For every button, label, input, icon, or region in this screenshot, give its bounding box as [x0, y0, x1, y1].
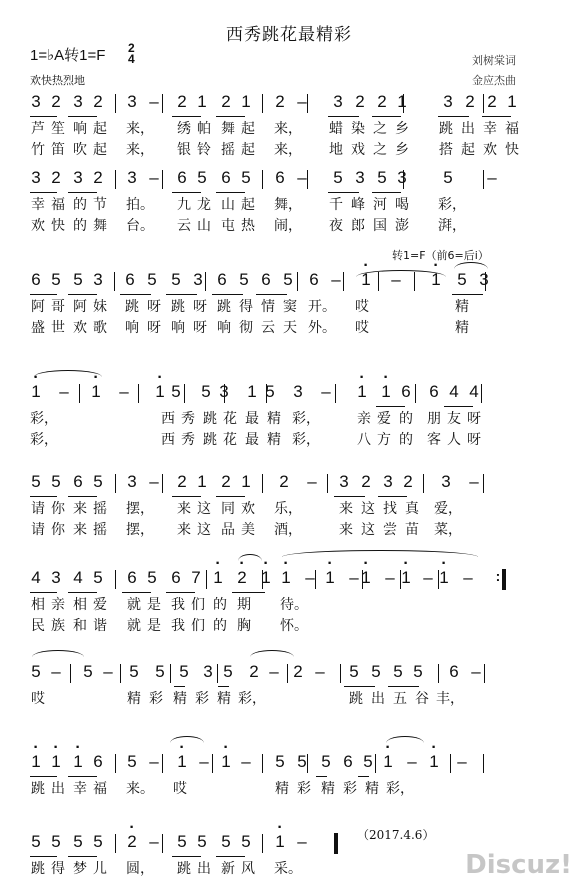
- lyric-syllable: 欢: [482, 139, 498, 159]
- lyric-syllable: 欢: [30, 215, 46, 235]
- lyric-syllable: 福: [504, 118, 520, 138]
- lyric-syllable: 五: [392, 688, 408, 708]
- lyric-syllable: 来: [72, 498, 88, 518]
- barline: [224, 384, 225, 403]
- lyric-syllable: 的: [212, 615, 228, 635]
- lyrics-verse-1: 芦笙响起来，绣帕舞起来，蜡染之乡跳出幸福: [30, 118, 550, 136]
- final-barline: [502, 569, 506, 590]
- lyric-syllable: 阿: [30, 296, 46, 316]
- lyric-syllable: 请: [30, 498, 46, 518]
- lyric-syllable: 山: [220, 194, 236, 214]
- lyrics-verse-1: 相亲相爱就是我们的期待。: [30, 594, 550, 612]
- eighth-underline: [376, 406, 405, 407]
- note: 4: [468, 382, 480, 402]
- eighth-underline: [438, 116, 469, 117]
- lyric-syllable: 搭: [438, 139, 454, 159]
- note: 3: [382, 472, 394, 492]
- note: 5: [146, 270, 158, 290]
- note: 2: [376, 92, 388, 112]
- eighth-underline: [172, 856, 201, 857]
- lyric-syllable: 呀: [192, 296, 208, 316]
- lyric-syllable: 来，: [126, 118, 156, 138]
- notes-row: 32323–21212–32213221: [30, 92, 550, 114]
- lyric-syllable: 精: [126, 688, 142, 708]
- lyric-syllable: 的: [72, 215, 88, 235]
- barline: [450, 754, 451, 773]
- note: 3: [72, 92, 84, 112]
- lyric-syllable: 民: [30, 615, 46, 635]
- note: –: [148, 752, 160, 772]
- barline: [79, 384, 80, 403]
- note: –: [320, 382, 332, 402]
- note: 3: [396, 168, 408, 188]
- lyric-syllable: 台。: [126, 215, 156, 235]
- lyric-syllable: 亲: [356, 408, 372, 428]
- note: 5: [92, 568, 104, 588]
- note: 4: [30, 568, 42, 588]
- barline: [307, 94, 308, 113]
- notes-row: 32323–65656–53535–: [30, 168, 550, 190]
- lyric-syllable: 乡: [394, 118, 410, 138]
- barline: [205, 272, 206, 291]
- tie-slur: [32, 650, 84, 657]
- lyric-syllable: 来: [338, 498, 354, 518]
- lyric-syllable: 就: [126, 615, 142, 635]
- note: 2: [92, 92, 104, 112]
- note: 2: [176, 92, 188, 112]
- note: 3: [192, 270, 204, 290]
- lyric-syllable: 地: [328, 139, 344, 159]
- note: 5: [30, 662, 42, 682]
- barline: [138, 384, 139, 403]
- lyric-syllable: 呀: [146, 317, 162, 337]
- tie-slur: [238, 554, 262, 561]
- barline: [115, 474, 116, 493]
- lyric-syllable: 阿: [72, 296, 88, 316]
- note: 5: [240, 832, 252, 852]
- lyric-syllable: 的: [398, 429, 414, 449]
- note: 2: [360, 472, 372, 492]
- lyric-syllable: 得: [238, 296, 254, 316]
- note: –: [348, 568, 360, 588]
- lyric-syllable: 西: [160, 408, 176, 428]
- note: 2: [292, 662, 304, 682]
- lyric-syllable: 跳: [216, 296, 232, 316]
- lyric-syllable: 夜: [328, 215, 344, 235]
- note: –: [468, 472, 480, 492]
- lyric-syllable: 西: [160, 429, 176, 449]
- eighth-underline: [30, 856, 57, 857]
- eighth-underline: [316, 776, 327, 777]
- tie-slur: [250, 650, 294, 657]
- barline: [262, 94, 263, 113]
- eighth-underline: [120, 294, 151, 295]
- lyric-syllable: 之: [372, 139, 388, 159]
- lyric-syllable: 梦: [72, 858, 88, 878]
- lyric-syllable: 竹: [30, 139, 46, 159]
- lyric-syllable: 起: [92, 139, 108, 159]
- note: 5: [332, 168, 344, 188]
- lyric-syllable: 是: [146, 615, 162, 635]
- note: 1: [438, 568, 450, 588]
- note: 3: [126, 168, 138, 188]
- note: 5: [442, 168, 454, 188]
- note: 3: [292, 382, 304, 402]
- note: 6: [126, 568, 138, 588]
- note: 2: [486, 92, 498, 112]
- lyric-syllable: 谐: [92, 615, 108, 635]
- lyric-syllable: 峰: [350, 194, 366, 214]
- note: 3: [92, 270, 104, 290]
- lyrics-verse-1: 幸福的节拍。九龙山起舞，千峰河喝彩，: [30, 194, 550, 212]
- lyric-syllable: 就: [126, 594, 142, 614]
- lyric-syllable: 这: [360, 498, 376, 518]
- note: 2: [92, 168, 104, 188]
- note: 5: [392, 662, 404, 682]
- barline: [115, 834, 116, 853]
- lyric-syllable: 起: [460, 139, 476, 159]
- note: 5: [146, 568, 158, 588]
- eighth-underline: [328, 116, 359, 117]
- lyric-syllable: 热: [240, 215, 256, 235]
- lyric-syllable: 花: [222, 408, 238, 428]
- barline: [415, 384, 416, 403]
- note: 1: [154, 382, 166, 402]
- lyric-syllable: 采。: [274, 858, 304, 878]
- lyric-syllable: 哥: [50, 296, 66, 316]
- note: 5: [30, 472, 42, 492]
- barline: [340, 664, 341, 683]
- lyric-syllable: 铃: [196, 139, 212, 159]
- lyric-syllable: 花: [222, 429, 238, 449]
- lyric-syllable: 彩，: [438, 194, 468, 214]
- eighth-underline: [68, 776, 97, 777]
- lyric-syllable: 我: [170, 615, 186, 635]
- lyric-syllable: 响: [124, 317, 140, 337]
- eighth-underline: [256, 294, 287, 295]
- note: 2: [354, 92, 366, 112]
- eighth-underline: [68, 192, 97, 193]
- lyric-syllable: 客: [426, 429, 442, 449]
- lyric-syllable: 响: [72, 118, 88, 138]
- lyric-syllable: 出: [370, 688, 386, 708]
- note: 2: [274, 92, 286, 112]
- lyric-syllable: 哎: [172, 778, 188, 798]
- lyric-syllable: 蜡: [328, 118, 344, 138]
- lyric-syllable: 你: [50, 498, 66, 518]
- barline: [485, 272, 486, 291]
- note: –: [50, 662, 62, 682]
- barline: [483, 170, 484, 189]
- eighth-underline: [378, 496, 407, 497]
- note: 5: [126, 752, 138, 772]
- eighth-underline: [216, 192, 245, 193]
- barline: [266, 384, 267, 403]
- lyric-syllable: 妹: [92, 296, 108, 316]
- lyrics-verse-2: 欢快的舞台。云山屯热闹，夜郎国澎湃，: [30, 215, 550, 233]
- eighth-underline: [172, 116, 201, 117]
- lyric-syllable: 福: [50, 194, 66, 214]
- lyric-syllable: 盛: [30, 317, 46, 337]
- note: 1: [72, 752, 84, 772]
- note: 2: [126, 832, 138, 852]
- note: –: [58, 382, 70, 402]
- barline: [327, 474, 328, 493]
- lyric-syllable: 友: [446, 408, 462, 428]
- lyric-syllable: 乐，: [274, 498, 304, 518]
- lyric-syllable: 和: [72, 615, 88, 635]
- note: –: [462, 568, 474, 588]
- lyric-syllable: 美: [240, 519, 256, 539]
- note: 1: [240, 472, 252, 492]
- note: 2: [176, 472, 188, 492]
- note: –: [118, 382, 130, 402]
- lyric-syllable: 银: [176, 139, 192, 159]
- note: 3: [440, 472, 452, 492]
- eighth-underline: [452, 294, 483, 295]
- eighth-underline: [212, 294, 243, 295]
- lyric-syllable: 精: [454, 296, 470, 316]
- barline: [120, 664, 121, 683]
- note: –: [148, 92, 160, 112]
- note: 3: [30, 92, 42, 112]
- lyric-syllable: 跳: [170, 296, 186, 316]
- lyric-syllable: 彩，: [292, 408, 322, 428]
- lyric-syllable: 待。: [280, 594, 310, 614]
- notes-row: 1–1–1553153–116644: [30, 382, 550, 404]
- note: 5: [282, 270, 294, 290]
- lyric-syllable: 绣: [176, 118, 192, 138]
- lyric-syllable: 响: [170, 317, 186, 337]
- note: –: [102, 662, 114, 682]
- barline: [162, 474, 163, 493]
- lyric-syllable: 摇: [220, 139, 236, 159]
- time-signature-bottom: 4: [128, 54, 135, 65]
- lyric-syllable: 吹: [72, 139, 88, 159]
- note: 5: [72, 832, 84, 852]
- note: 3: [72, 168, 84, 188]
- lyrics-verse-1: 跳出幸福来。哎精彩精彩精彩，: [30, 778, 550, 796]
- note: 6: [428, 382, 440, 402]
- lyric-syllable: 跳: [202, 408, 218, 428]
- eighth-underline: [216, 116, 245, 117]
- lyric-syllable: 情: [260, 296, 276, 316]
- note: 1: [428, 752, 440, 772]
- note: 5: [170, 382, 182, 402]
- eighth-underline: [372, 116, 401, 117]
- note: 1: [196, 92, 208, 112]
- lyric-syllable: 精: [172, 688, 188, 708]
- lyric-syllable: 闹，: [274, 215, 304, 235]
- lyric-syllable: 云: [260, 317, 276, 337]
- lyric-syllable: 的: [72, 194, 88, 214]
- barline: [212, 754, 213, 773]
- barline: [287, 664, 288, 683]
- lyric-syllable: 八: [356, 429, 372, 449]
- eighth-underline: [30, 116, 57, 117]
- eighth-underline: [172, 192, 201, 193]
- note: –: [306, 472, 318, 492]
- lyric-syllable: 来，: [126, 139, 156, 159]
- eighth-underline: [68, 592, 97, 593]
- note: 1: [506, 92, 518, 112]
- lyric-syllable: 千: [328, 194, 344, 214]
- note: 5: [412, 662, 424, 682]
- note: 3: [126, 92, 138, 112]
- lyric-syllable: 儿: [92, 858, 108, 878]
- lyric-syllable: 方: [376, 429, 392, 449]
- note: 5: [176, 832, 188, 852]
- lyric-syllable: 彩，: [30, 408, 60, 428]
- barline: [315, 570, 316, 589]
- note: 5: [200, 382, 212, 402]
- lyric-syllable: 哎: [354, 296, 370, 316]
- lyric-syllable: 摇: [92, 519, 108, 539]
- lyric-syllable: 来: [176, 519, 192, 539]
- barline: [206, 570, 207, 589]
- lyric-syllable: 澎: [394, 215, 410, 235]
- lyric-syllable: 出: [460, 118, 476, 138]
- note: 2: [50, 92, 62, 112]
- barline: [297, 272, 298, 291]
- lyric-syllable: 这: [196, 498, 212, 518]
- note: 1: [400, 568, 412, 588]
- barline: [307, 170, 308, 189]
- note: –: [148, 472, 160, 492]
- lyric-syllable: 哎: [354, 317, 370, 337]
- lyric-syllable: 摆，: [126, 498, 156, 518]
- note: 5: [456, 270, 468, 290]
- lyric-syllable: 节: [92, 194, 108, 214]
- note: 5: [50, 472, 62, 492]
- lyric-syllable: 呀: [146, 296, 162, 316]
- lyric-syllable: 朋: [426, 408, 442, 428]
- lyric-syllable: 屯: [220, 215, 236, 235]
- lyric-syllable: 圆，: [126, 858, 156, 878]
- lyric-syllable: 跳: [348, 688, 364, 708]
- note: 2: [220, 472, 232, 492]
- eighth-underline: [218, 686, 229, 687]
- barline: [375, 754, 376, 773]
- note: 5: [238, 270, 250, 290]
- barline: [438, 570, 439, 589]
- note: 3: [126, 472, 138, 492]
- note: –: [240, 752, 252, 772]
- note: –: [456, 752, 468, 772]
- lyric-syllable: 精: [274, 778, 290, 798]
- lyric-syllable: 品: [220, 519, 236, 539]
- barline: [262, 570, 263, 589]
- lyric-syllable: 们: [190, 615, 206, 635]
- lyric-syllable: 丰，: [436, 688, 466, 708]
- barline: [481, 384, 482, 403]
- lyric-syllable: 苗: [404, 519, 420, 539]
- note: –: [406, 752, 418, 772]
- note: 5: [50, 832, 62, 852]
- note: 6: [220, 168, 232, 188]
- note: 5: [50, 270, 62, 290]
- lyric-syllable: 跳: [30, 778, 46, 798]
- note: 5: [178, 662, 190, 682]
- lyrics-verse-1: 阿哥阿妹跳呀跳呀跳得情窦开。哎精: [30, 296, 550, 314]
- note: 6: [400, 382, 412, 402]
- note: 6: [274, 168, 286, 188]
- note: 5: [82, 662, 94, 682]
- lyric-syllable: 九: [176, 194, 192, 214]
- note: 5: [348, 662, 360, 682]
- note: 1: [240, 92, 252, 112]
- lyric-syllable: 精: [266, 408, 282, 428]
- key-signature: 1=♭A转1=F: [30, 44, 105, 65]
- lyric-syllable: 新: [220, 858, 236, 878]
- lyrics-verse-1: 彩，西秀跳花最精彩，亲爱的朋友呀: [30, 408, 550, 426]
- note: 1: [220, 752, 232, 772]
- barline: [262, 834, 263, 853]
- barline: [362, 570, 363, 589]
- lyric-syllable: 我: [170, 594, 186, 614]
- lyric-syllable: 爱: [376, 408, 392, 428]
- lyric-syllable: 出: [196, 858, 212, 878]
- eighth-underline: [30, 294, 57, 295]
- notes-row: 55653–21212–32323–: [30, 472, 550, 494]
- note: 7: [190, 568, 202, 588]
- lyric-syllable: 福: [92, 778, 108, 798]
- tie-slur: [170, 736, 204, 743]
- lyric-syllable: 你: [50, 519, 66, 539]
- lyric-syllable: 龙: [196, 194, 212, 214]
- note: –: [486, 168, 498, 188]
- barline: [262, 170, 263, 189]
- lyric-syllable: 精: [454, 317, 470, 337]
- lyric-syllable: 哎: [30, 688, 46, 708]
- note: 4: [448, 382, 460, 402]
- lyric-syllable: 最: [244, 408, 260, 428]
- lyricist: 刘树棠词: [472, 52, 516, 68]
- note: 5: [92, 832, 104, 852]
- lyric-syllable: 帕: [196, 118, 212, 138]
- barline: [170, 664, 171, 683]
- lyric-syllable: 笛: [50, 139, 66, 159]
- lyric-syllable: 歌: [92, 317, 108, 337]
- lyric-syllable: 精: [266, 429, 282, 449]
- barline: [423, 474, 424, 493]
- lyric-syllable: 来，: [274, 139, 304, 159]
- notes-row: 5–5–555352–2–55556–: [30, 662, 550, 684]
- lyric-syllable: 跳: [176, 858, 192, 878]
- eighth-underline: [344, 686, 375, 687]
- note: 2: [248, 662, 260, 682]
- lyric-syllable: 谷: [414, 688, 430, 708]
- date: （2017.4.6）: [357, 826, 434, 843]
- lyric-syllable: 彩: [148, 688, 164, 708]
- note: 5: [170, 270, 182, 290]
- lyric-syllable: 来，: [274, 118, 304, 138]
- eighth-underline: [68, 856, 97, 857]
- lyric-syllable: 风: [240, 858, 256, 878]
- note: 5: [72, 270, 84, 290]
- lyric-syllable: 彩，: [386, 778, 416, 798]
- note: 3: [202, 662, 214, 682]
- note: 1: [382, 752, 394, 772]
- note: –: [148, 168, 160, 188]
- lyric-syllable: 外。: [308, 317, 338, 337]
- lyric-syllable: 亲: [50, 594, 66, 614]
- lyric-syllable: 相: [30, 594, 46, 614]
- eighth-underline: [172, 496, 201, 497]
- barline: [438, 664, 439, 683]
- lyric-syllable: 族: [50, 615, 66, 635]
- lyric-syllable: 胸: [236, 615, 252, 635]
